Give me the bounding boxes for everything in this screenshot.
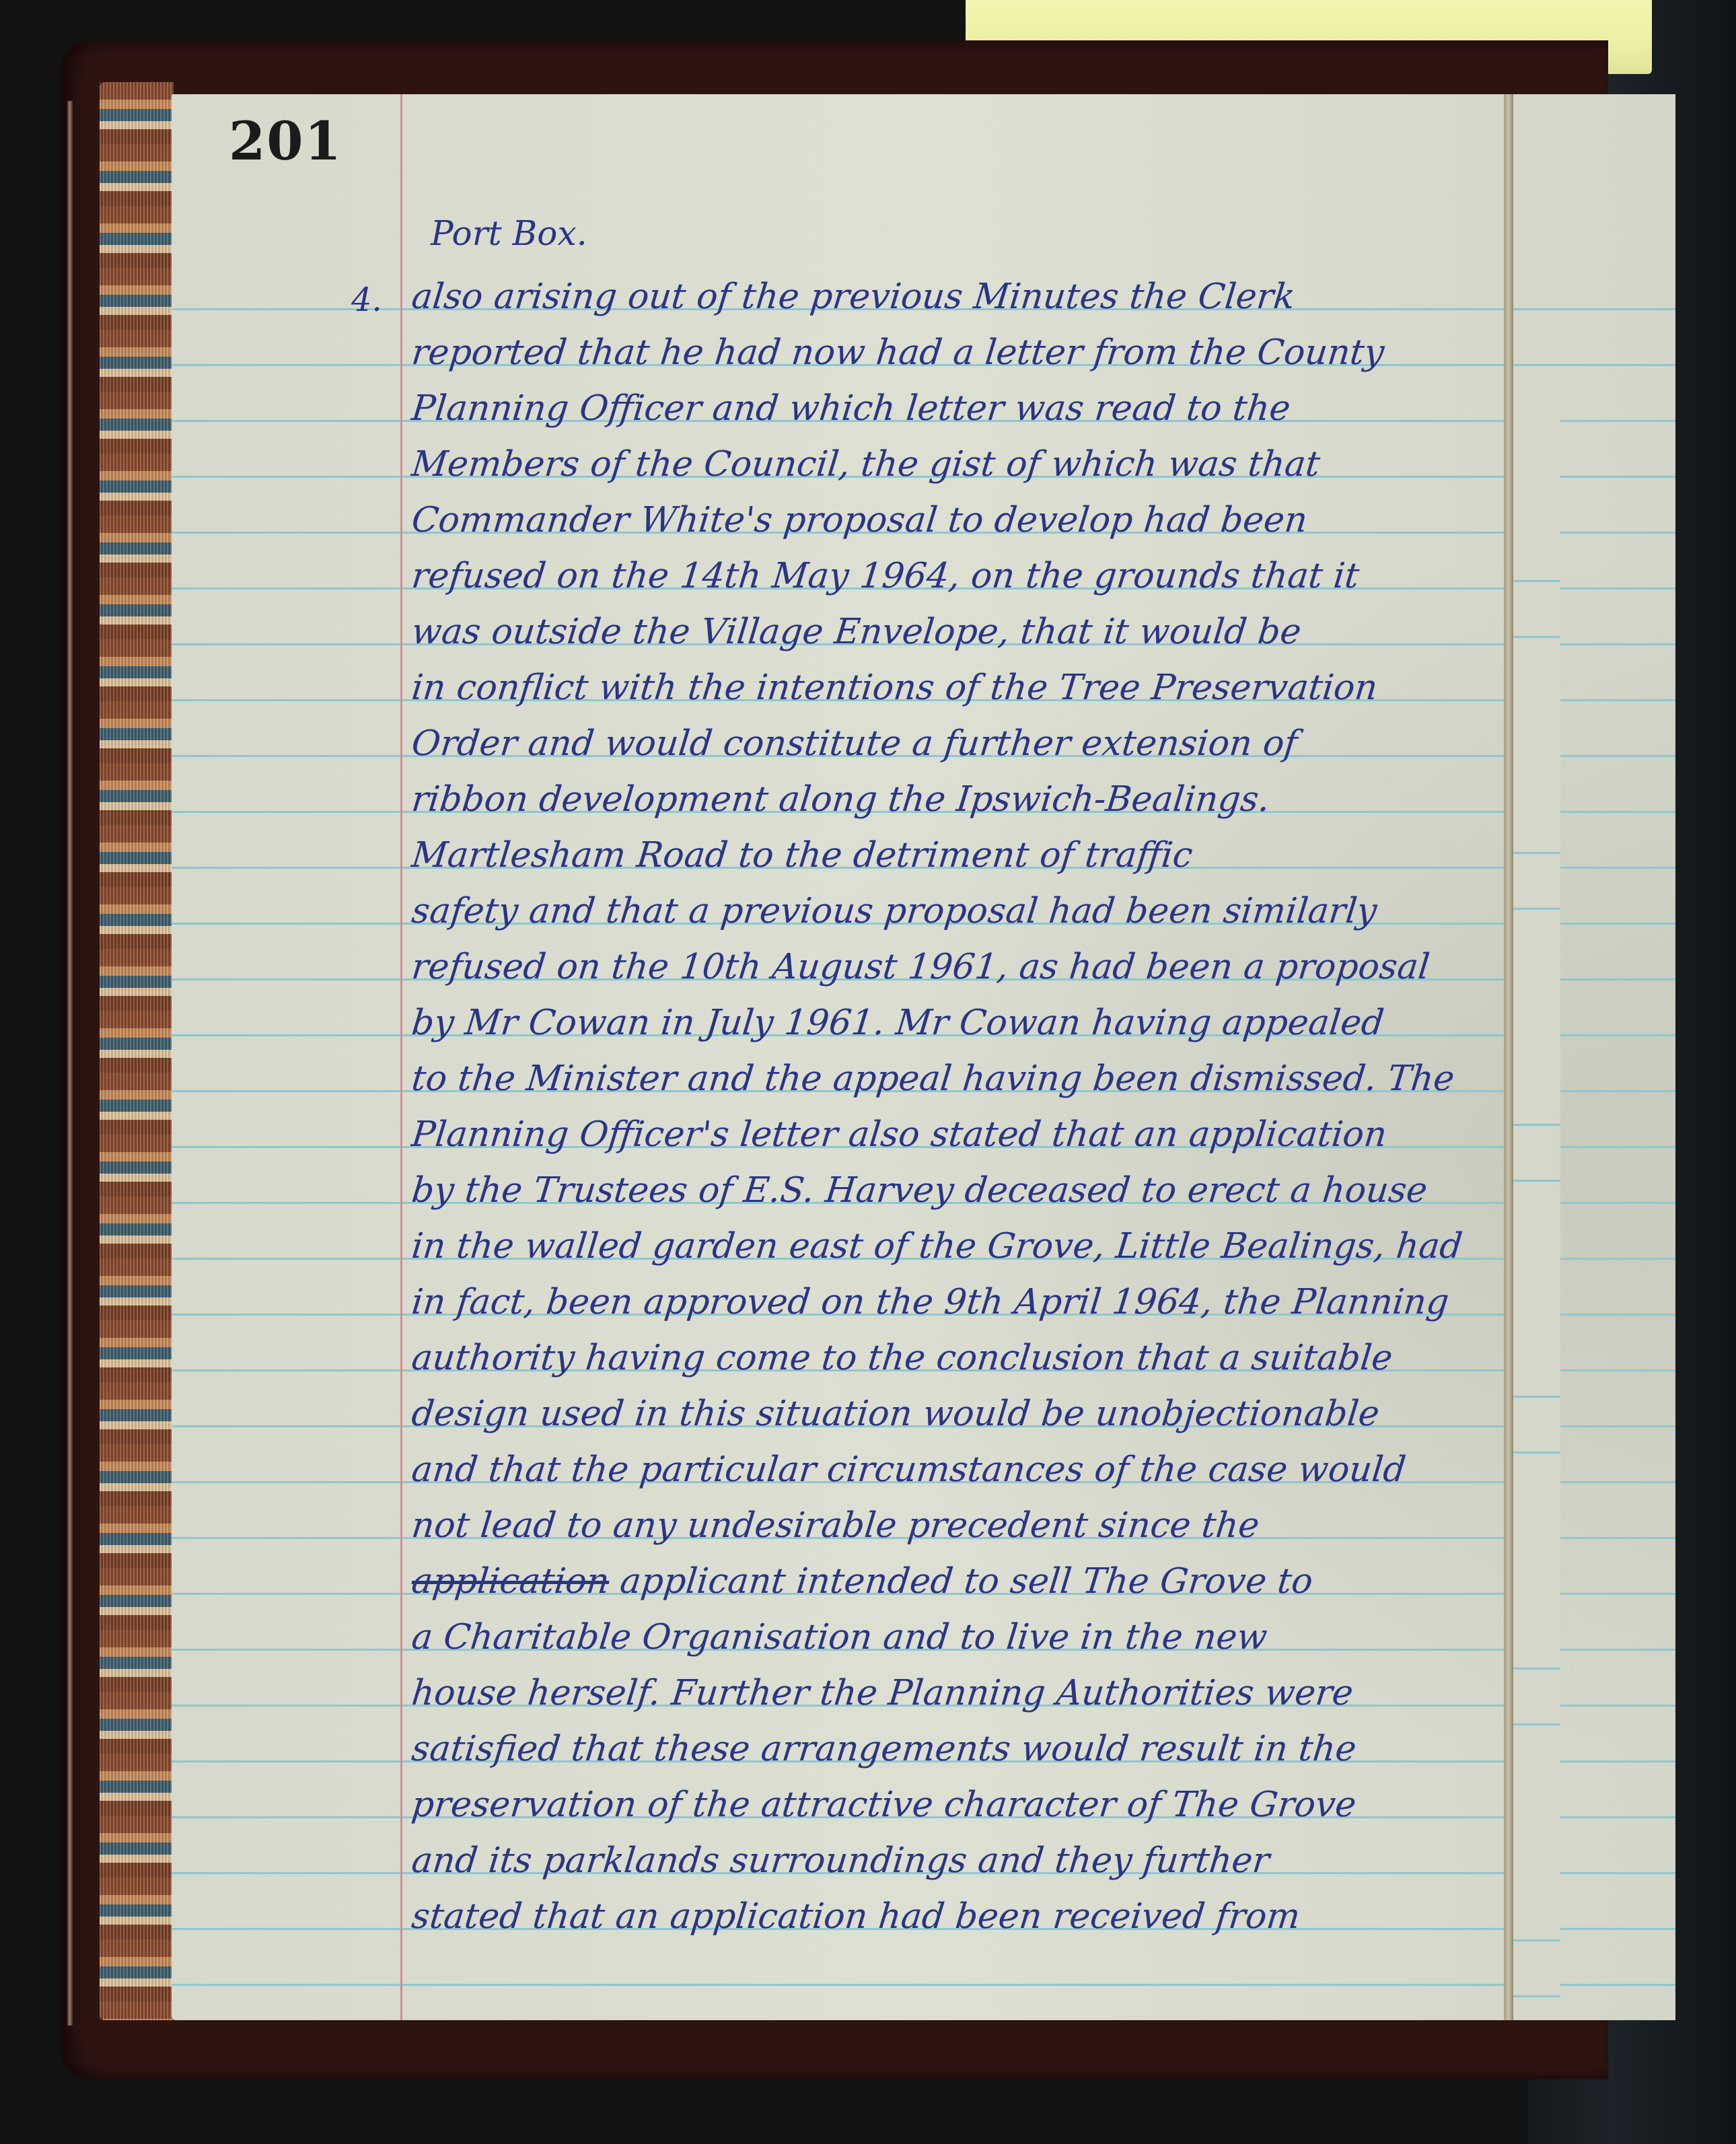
text-line: Commander White's proposal to develop ha… (409, 493, 1680, 548)
text-line: Martlesham Road to the detriment of traf… (409, 828, 1680, 884)
text-line-remainder: applicant intended to sell The Grove to (618, 1561, 1315, 1602)
text-line: in conflict with the intentions of the T… (409, 660, 1680, 716)
text-line: refused on the 14th May 1964, on the gro… (409, 548, 1680, 604)
text-line: to the Minister and the appeal having be… (409, 1051, 1680, 1107)
text-line: and its parklands surroundings and they … (409, 1833, 1680, 1889)
text-line: by the Trustees of E.S. Harvey deceased … (409, 1163, 1680, 1219)
text-line: Planning Officer and which letter was re… (409, 381, 1680, 437)
struck-through-word: application (410, 1561, 612, 1602)
minute-item-number: 4. (351, 281, 382, 319)
text-line: preservation of the attractive character… (409, 1777, 1680, 1833)
cover-spine-edge (67, 101, 73, 2026)
text-line: design used in this situation would be u… (409, 1386, 1680, 1442)
page-number: 201 (229, 111, 342, 172)
text-line: a Charitable Organisation and to live in… (409, 1610, 1680, 1666)
text-line: safety and that a previous proposal had … (409, 884, 1680, 939)
text-line: was outside the Village Envelope, that i… (409, 604, 1680, 660)
text-line: and that the particular circumstances of… (409, 1442, 1680, 1498)
text-line: house herself. Further the Planning Auth… (409, 1666, 1680, 1721)
margin-rule (400, 94, 402, 2020)
text-line: Planning Officer's letter also stated th… (409, 1107, 1680, 1163)
text-line: by Mr Cowan in July 1961. Mr Cowan havin… (409, 995, 1680, 1051)
text-line: in the walled garden east of the Grove, … (409, 1219, 1680, 1275)
text-line: Order and would constitute a further ext… (409, 716, 1680, 772)
marbled-page-edges (100, 82, 174, 2020)
text-line-with-correction: application applicant intended to sell T… (409, 1554, 1680, 1610)
text-line: reported that he had now had a letter fr… (409, 325, 1680, 381)
section-heading: Port Box. (431, 214, 587, 253)
text-line: authority having come to the conclusion … (409, 1330, 1680, 1386)
handwritten-body: also arising out of the previous Minutes… (412, 269, 1677, 1945)
text-line: refused on the 10th August 1961, as had … (409, 939, 1680, 995)
text-line: also arising out of the previous Minutes… (409, 269, 1680, 325)
text-line: Members of the Council, the gist of whic… (409, 437, 1680, 493)
text-line: ribbon development along the Ipswich-Bea… (409, 772, 1680, 828)
text-line: in fact, been approved on the 9th April … (409, 1275, 1680, 1330)
text-line: stated that an application had been rece… (409, 1889, 1680, 1945)
text-line: satisfied that these arrangements would … (409, 1721, 1680, 1777)
text-line: not lead to any undesirable precedent si… (409, 1498, 1680, 1554)
